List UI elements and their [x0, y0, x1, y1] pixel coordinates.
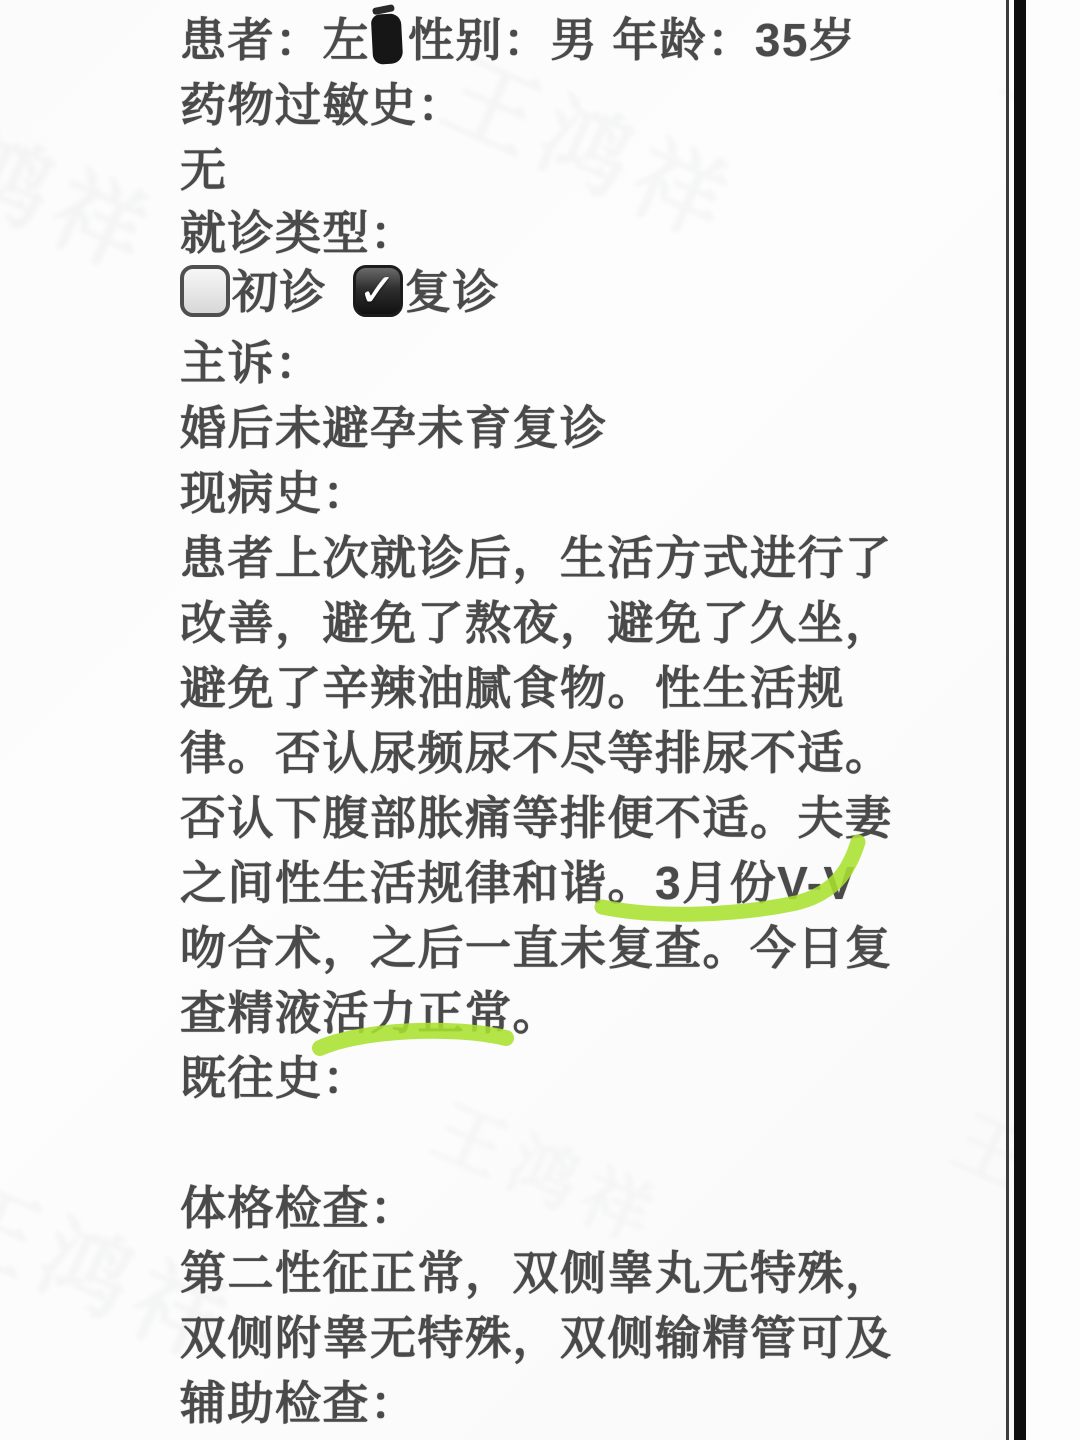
chief-complaint-value: 婚后未避孕未育复诊	[180, 398, 608, 458]
present-illness-line: 律。否认尿频尿不尽等排尿不适。	[180, 723, 893, 783]
visit-type-options: 初诊✓复诊	[180, 262, 500, 322]
name-redaction-scribble	[371, 13, 404, 65]
present-illness-line: 否认下腹部胀痛等排便不适。夫妻	[180, 788, 893, 848]
screen-edge-strip	[1026, 0, 1080, 1440]
aux-exam-label: 辅助检查：	[180, 1373, 418, 1433]
highlighter-overlay	[0, 0, 1080, 1440]
chief-complaint-label: 主诉：	[180, 333, 323, 393]
screen-edge-line-thick	[1014, 0, 1026, 1440]
gender-age-text: 性别：男 年龄：35岁	[408, 14, 856, 66]
present-illness-line: 之间性生活规律和谐。3月份V-V	[180, 853, 856, 913]
patient-name-prefix: 患者：左	[180, 14, 370, 66]
present-illness-line: 避免了辛辣油腻食物。性生活规	[180, 658, 845, 718]
present-illness-line: 患者上次就诊后，生活方式进行了	[180, 528, 893, 588]
checkbox-first-visit[interactable]	[180, 265, 230, 317]
allergy-history-value: 无	[180, 140, 228, 200]
watermark-text: 王鸿祥	[0, 53, 180, 298]
present-illness-label: 现病史：	[180, 463, 370, 523]
screen-edge-line-thin	[1006, 0, 1009, 1440]
allergy-history-label: 药物过敏史：	[180, 75, 465, 135]
physical-exam-label: 体格检查：	[180, 1178, 418, 1238]
watermark-text: 王鸿祥	[420, 1076, 680, 1266]
checkbox-return-visit[interactable]: ✓	[353, 265, 403, 317]
physical-exam-line: 第二性征正常，双侧睾丸无特殊，	[180, 1243, 893, 1303]
present-illness-line: 吻合术，之后一直未复查。今日复	[180, 918, 893, 978]
patient-info-line: 患者：左性别：男 年龄：35岁	[180, 10, 856, 70]
return-visit-label: 复诊	[405, 266, 500, 318]
first-visit-label: 初诊	[232, 266, 327, 318]
present-illness-line: 查精液活力正常。	[180, 983, 560, 1043]
present-illness-line: 改善，避免了熬夜，避免了久坐，	[180, 593, 893, 653]
past-history-label: 既往史：	[180, 1048, 370, 1108]
checkmark-icon: ✓	[356, 264, 400, 310]
visit-type-label: 就诊类型：	[180, 203, 418, 263]
physical-exam-line: 双侧附睾无特殊，双侧输精管可及	[180, 1308, 893, 1368]
medical-record-page: 王鸿祥 王鸿祥 王鸿祥 王鸿祥 王鸿祥 王鸿祥 患者：左性别：男 年龄：35岁 …	[0, 0, 1080, 1440]
